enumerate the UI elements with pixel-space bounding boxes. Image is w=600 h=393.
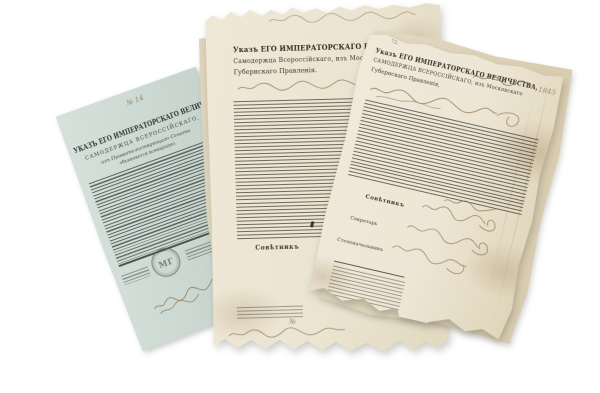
page-mark-handwriting: № 14 bbox=[125, 94, 144, 108]
number-mark: № bbox=[289, 318, 296, 326]
top-edge-handwriting bbox=[267, 8, 417, 26]
bottom-signature-handwriting bbox=[227, 324, 347, 341]
seal-monogram: МГ bbox=[157, 255, 175, 270]
middle-doc-signature-label: Совѣтникъ bbox=[255, 244, 299, 252]
middle-doc-heading-3: Губернскаго Правленія. bbox=[234, 66, 317, 76]
signature-label-3: Столоначальникъ bbox=[336, 237, 383, 253]
page-mark-text: № 14 bbox=[125, 94, 144, 108]
imprint-caption-left bbox=[121, 266, 151, 285]
signature-label-2: Секретарь bbox=[350, 215, 378, 227]
number-mark-text: № bbox=[289, 318, 296, 326]
right-doc-page-mark: 72. bbox=[390, 39, 399, 47]
photo-frame: № 14 УКАЗЪ ЕГО ИМПЕРАТОРСКАГО ВЕЛИЧЕСТВА… bbox=[0, 0, 600, 393]
signature-label-1: Совѣтникъ bbox=[365, 194, 405, 209]
